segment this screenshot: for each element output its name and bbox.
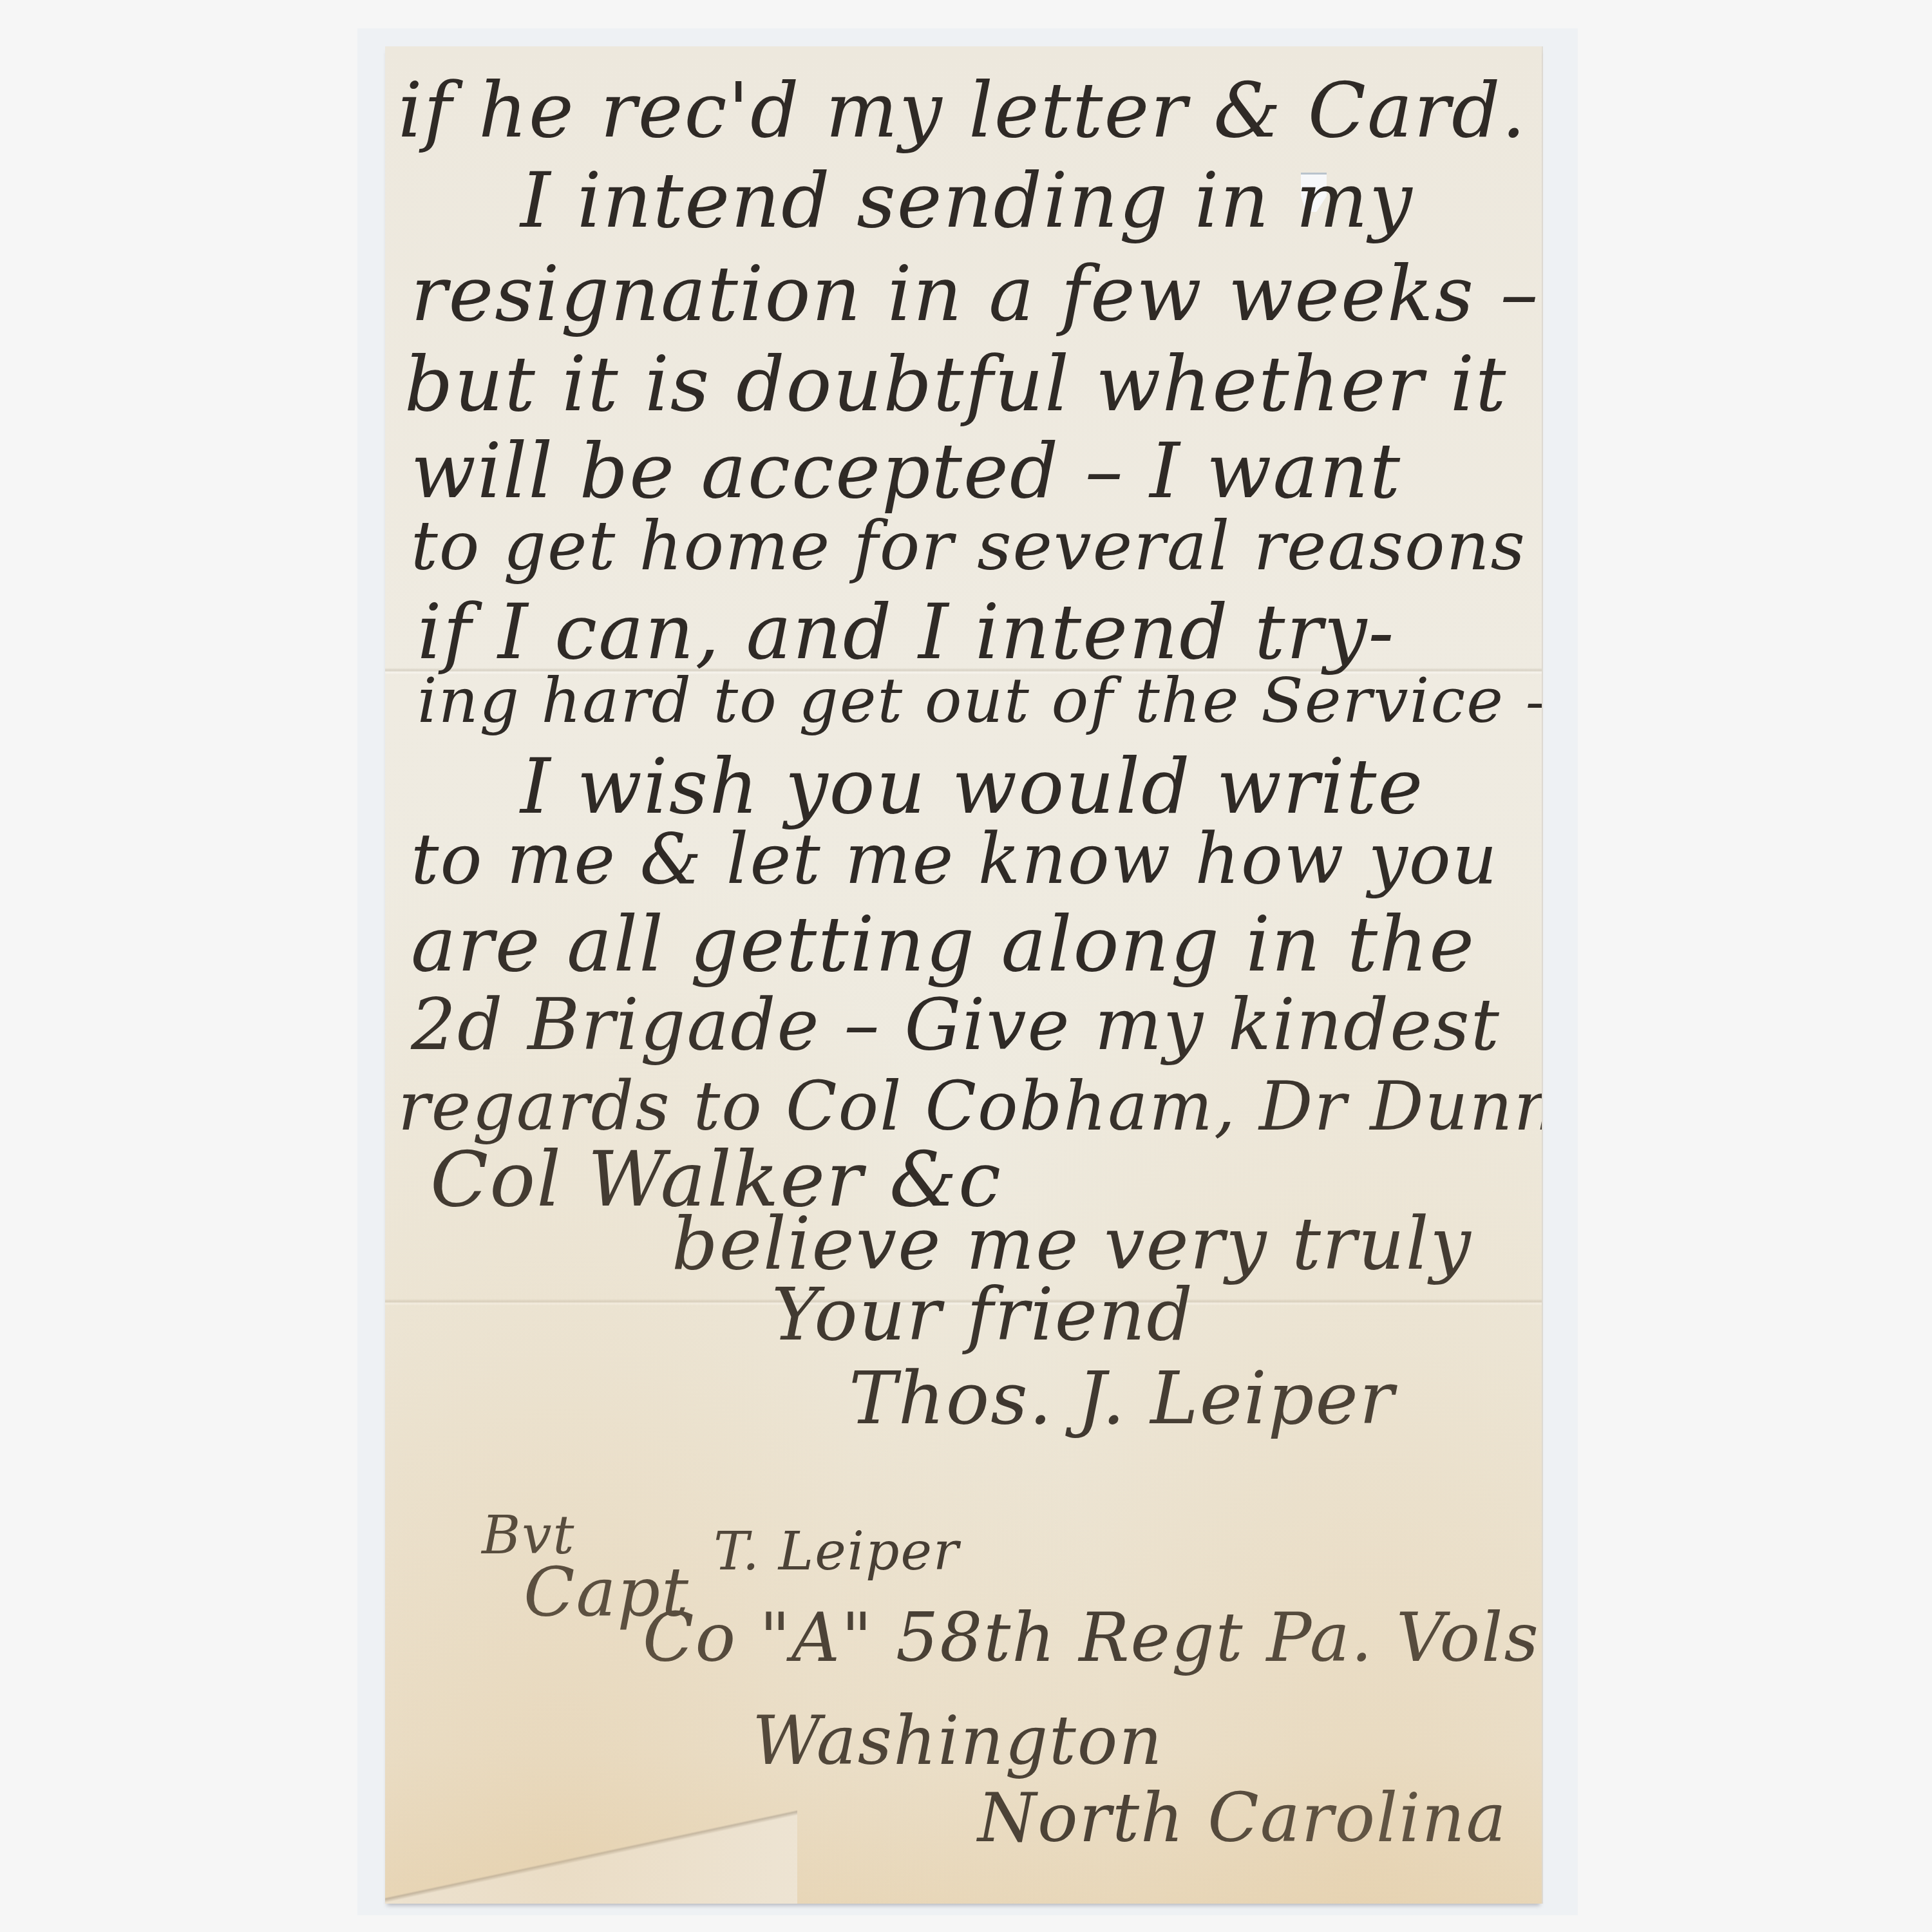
letter-line: but it is doubtful whether it bbox=[404, 339, 1508, 428]
address-unit: Co "A" 58th Regt Pa. Vols. bbox=[643, 1598, 1542, 1677]
letter-line: ing hard to get out of the Service – bbox=[417, 665, 1542, 737]
closing-friend: Your friend bbox=[772, 1273, 1194, 1357]
letter-line: resignation in a few weeks – bbox=[411, 249, 1539, 338]
letter-line: if I can, and I intend try- bbox=[417, 587, 1395, 676]
address-city: Washington bbox=[752, 1701, 1163, 1780]
signature: Thos. J. Leiper bbox=[849, 1357, 1395, 1441]
letter-line: will be accepted – I want bbox=[411, 426, 1401, 515]
letter-line: 2d Brigade – Give my kindest bbox=[411, 983, 1501, 1066]
torn-edge bbox=[385, 1807, 797, 1904]
address-state: North Carolina bbox=[978, 1779, 1508, 1857]
document-viewer: if he rec'd my letter & Card. I intend s… bbox=[0, 0, 1932, 1932]
letter-line: are all getting along in the bbox=[411, 900, 1475, 989]
letter-page: if he rec'd my letter & Card. I intend s… bbox=[385, 46, 1542, 1904]
letter-line: regards to Col Cobham, Dr Dunn bbox=[398, 1067, 1542, 1146]
letter-line: if he rec'd my letter & Card. bbox=[398, 66, 1527, 155]
letter-line: to me & let me know how you bbox=[411, 819, 1498, 900]
letter-line: I intend sending in my bbox=[520, 156, 1414, 245]
address-name: T. Leiper bbox=[714, 1521, 960, 1582]
letter-line: I wish you would write bbox=[520, 742, 1424, 831]
letter-line: to get home for several reasons bbox=[411, 507, 1526, 585]
